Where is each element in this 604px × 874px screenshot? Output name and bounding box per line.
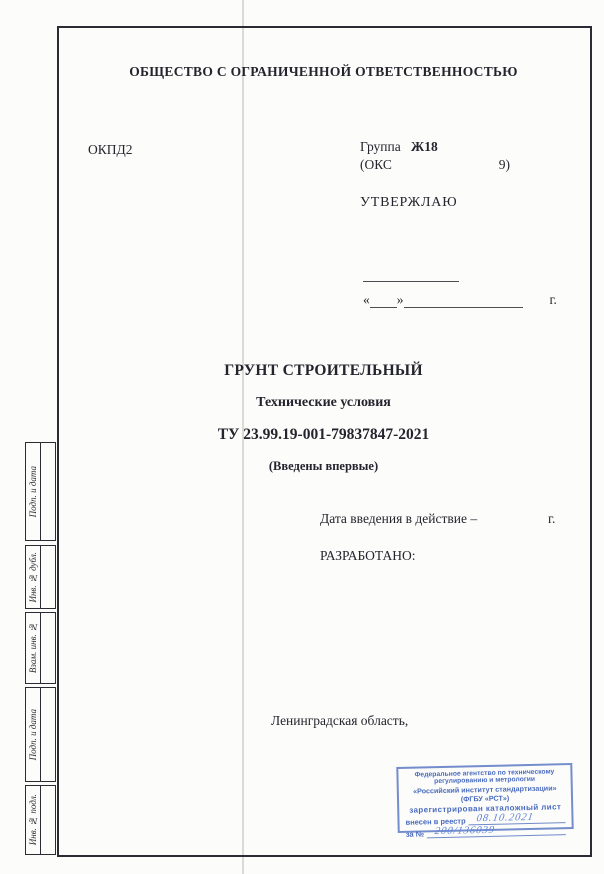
group-code-line: Группа Ж18 bbox=[360, 139, 438, 155]
document-page: ОБЩЕСТВО С ОГРАНИЧЕННОЙ ОТВЕТСТВЕННОСТЬЮ… bbox=[0, 0, 604, 874]
year-suffix: г. bbox=[550, 292, 557, 308]
effective-date-label: Дата введения в действие – bbox=[320, 511, 477, 527]
quote-open: « bbox=[363, 292, 370, 308]
margin-label-cell: Подп. и дата bbox=[26, 688, 41, 781]
margin-blank-cell bbox=[41, 546, 55, 608]
approve-heading: УТВЕРЖЛАЮ bbox=[360, 195, 457, 211]
organization-type-heading: ОБЩЕСТВО С ОГРАНИЧЕННОЙ ОТВЕТСТВЕННОСТЬЮ bbox=[57, 64, 590, 80]
margin-blank-cell bbox=[41, 613, 55, 683]
margin-label-cell: Инв. № подл. bbox=[26, 786, 41, 854]
oks-code-line: (ОКС 9) bbox=[360, 157, 510, 173]
margin-label-cell: Взам. инв. № bbox=[26, 613, 41, 683]
first-issue-note: (Введены впервые) bbox=[57, 459, 590, 474]
margin-label-cell: Инв. № дубл. bbox=[26, 546, 41, 608]
margin-box-sign-date-2: Подп. и дата bbox=[25, 687, 56, 782]
effective-date-year-suffix: г. bbox=[548, 511, 555, 527]
oks-close: 9) bbox=[499, 157, 510, 173]
stamp-register-line: 08.10.2021 bbox=[469, 814, 566, 826]
registration-stamp: Федеральное агентство по техническому ре… bbox=[396, 763, 573, 833]
stamp-number-label: за № bbox=[406, 830, 424, 839]
margin-blank-cell bbox=[41, 786, 55, 854]
margin-box-vzam-inv: Взам. инв. № bbox=[25, 612, 56, 684]
quote-close: » bbox=[397, 292, 404, 308]
margin-label-text: Подп. и дата bbox=[28, 709, 38, 760]
okpd-code-label: ОКПД2 bbox=[88, 142, 132, 158]
location-line: Ленинградская область, bbox=[271, 713, 408, 729]
margin-label-text: Взам. инв. № bbox=[28, 622, 38, 673]
product-title: ГРУНТ СТРОИТЕЛЬНЫЙ bbox=[57, 362, 590, 380]
margin-box-inv-podl: Инв. № подл. bbox=[25, 785, 56, 855]
day-blank-line bbox=[370, 293, 397, 308]
developed-by-label: РАЗРАБОТАНО: bbox=[320, 548, 415, 564]
margin-blank-cell bbox=[41, 688, 55, 781]
handwritten-register-date: 08.10.2021 bbox=[476, 812, 535, 824]
group-prefix: Группа bbox=[360, 139, 401, 154]
oks-open: (ОКС bbox=[360, 157, 392, 173]
margin-label-text: Подп. и дата bbox=[28, 466, 38, 517]
margin-box-inv-dupl: Инв. № дубл. bbox=[25, 545, 56, 609]
margin-box-sign-date-1: Подп. и дата bbox=[25, 442, 56, 541]
signature-line bbox=[363, 281, 459, 282]
margin-label-text: Инв. № подл. bbox=[28, 794, 38, 845]
document-type-title: Технические условия bbox=[57, 395, 590, 411]
document-number: ТУ 23.99.19-001-79837847-2021 bbox=[57, 426, 590, 444]
group-code-value: Ж18 bbox=[411, 139, 438, 154]
approval-date-line: « » г. bbox=[363, 292, 557, 308]
handwritten-register-number: 200/136039 bbox=[434, 825, 496, 837]
margin-blank-cell bbox=[41, 443, 55, 540]
month-blank-line bbox=[404, 293, 523, 308]
margin-label-text: Инв. № дубл. bbox=[28, 552, 38, 603]
margin-label-cell: Подп. и дата bbox=[26, 443, 41, 540]
